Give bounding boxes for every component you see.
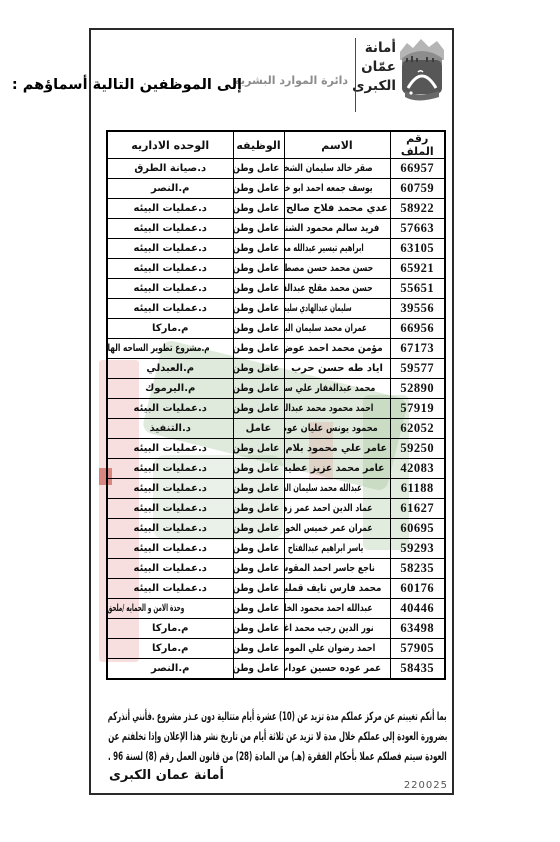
cell-job: عامل وطن bbox=[233, 439, 284, 459]
name-value: فريد سالم محمود الشنار bbox=[284, 223, 379, 234]
unit-value: م.ماركا bbox=[152, 643, 188, 654]
cell-job: عامل وطن bbox=[233, 559, 284, 579]
cell-file-no: 42083 bbox=[390, 459, 445, 479]
unit-value: د.عمليات البيئه bbox=[134, 223, 207, 234]
cell-name: مؤمن محمد احمد عوض bbox=[284, 339, 390, 359]
job-value: عامل وطن bbox=[233, 643, 279, 654]
header-divider-line bbox=[355, 38, 357, 112]
table-row: 62052 محمود يونس عليان عوض عامل د.التنفي… bbox=[107, 419, 445, 439]
cell-unit: د.عمليات البيئه bbox=[107, 499, 233, 519]
logo-word-3: الكبرى bbox=[352, 77, 396, 96]
file-no-value: 65921 bbox=[400, 261, 434, 276]
file-no-value: 58435 bbox=[400, 661, 434, 676]
cell-unit: د.عمليات البيئه bbox=[107, 479, 233, 499]
name-value: عمران عمر خميس الخوالده bbox=[284, 523, 373, 534]
cell-file-no: 58435 bbox=[390, 659, 445, 680]
gam-logo-icon bbox=[399, 35, 445, 103]
unit-value: د.عمليات البيئه bbox=[134, 203, 207, 214]
cell-file-no: 65921 bbox=[390, 259, 445, 279]
cell-unit: م.النصر bbox=[107, 659, 233, 680]
unit-value: م.النصر bbox=[151, 183, 189, 194]
table-row: 59293 ياسر ابراهيم عبدالفتاح ابوعزب عامل… bbox=[107, 539, 445, 559]
cell-file-no: 60759 bbox=[390, 179, 445, 199]
table-row: 63105 ابراهيم تيسير عبدالله مصطفى عامل و… bbox=[107, 239, 445, 259]
job-value: عامل وطن bbox=[233, 443, 279, 454]
cell-unit: م.ماركا bbox=[107, 639, 233, 659]
cell-job: عامل وطن bbox=[233, 499, 284, 519]
job-value: عامل وطن bbox=[233, 223, 279, 234]
table-row: 57663 فريد سالم محمود الشنار عامل وطن د.… bbox=[107, 219, 445, 239]
cell-name: يوسف جمعه احمد ابو خرمه bbox=[284, 179, 390, 199]
unit-value: م.مشروع تطوير الساحه الهاشميه bbox=[107, 343, 210, 354]
cell-name: ناجع جاسر احمد المقوسي bbox=[284, 559, 390, 579]
cell-file-no: 63105 bbox=[390, 239, 445, 259]
file-no-value: 60695 bbox=[400, 521, 434, 536]
table-row: 61627 عماد الدين احمد عمر زهري عامل وطن … bbox=[107, 499, 445, 519]
cell-name: عمر عوده حسين عودات bbox=[284, 659, 390, 680]
unit-value: د.عمليات البيئه bbox=[134, 483, 207, 494]
cell-job: عامل وطن bbox=[233, 359, 284, 379]
file-no-value: 63498 bbox=[400, 621, 434, 636]
cell-file-no: 60695 bbox=[390, 519, 445, 539]
cell-unit: د.عمليات البيئه bbox=[107, 299, 233, 319]
table-row: 60759 يوسف جمعه احمد ابو خرمه عامل وطن م… bbox=[107, 179, 445, 199]
name-value: مؤمن محمد احمد عوض bbox=[284, 343, 383, 354]
cell-job: عامل وطن bbox=[233, 279, 284, 299]
job-value: عامل وطن bbox=[233, 563, 279, 574]
cell-name: سليمان عبدالهادي سليمان ابوسمره bbox=[284, 299, 390, 319]
unit-value: د.عمليات البيئه bbox=[134, 583, 207, 594]
job-value: عامل وطن bbox=[233, 323, 279, 334]
job-value: عامل وطن bbox=[233, 663, 279, 674]
cell-unit: د.عمليات البيئه bbox=[107, 439, 233, 459]
unit-value: د.عمليات البيئه bbox=[134, 463, 207, 474]
name-value: عامر علي محمود بلام bbox=[285, 443, 387, 454]
file-no-value: 42083 bbox=[400, 461, 434, 476]
name-value: اياد طه حسن حرب bbox=[291, 363, 383, 374]
unit-value: د.عمليات البيئه bbox=[134, 283, 207, 294]
cell-file-no: 66956 bbox=[390, 319, 445, 339]
cell-unit: م.العبدلي bbox=[107, 359, 233, 379]
file-no-value: 61627 bbox=[400, 501, 434, 516]
cell-file-no: 61627 bbox=[390, 499, 445, 519]
name-value: عدي محمد فلاح صالح bbox=[286, 203, 388, 214]
file-no-value: 67173 bbox=[400, 341, 434, 356]
job-value: عامل وطن bbox=[233, 603, 279, 614]
notice-line-2: بضرورة العودة إلى عملكم خلال مدة لا تزيد… bbox=[105, 726, 447, 746]
cell-name: عماد الدين احمد عمر زهري bbox=[284, 499, 390, 519]
file-no-value: 60759 bbox=[400, 181, 434, 196]
name-value: ابراهيم تيسير عبدالله مصطفى bbox=[284, 243, 364, 254]
name-value: عبدالله احمد محمود الخلايله bbox=[284, 603, 372, 614]
cell-unit: م.اليرموك bbox=[107, 379, 233, 399]
cell-job: عامل وطن bbox=[233, 459, 284, 479]
file-no-value: 60176 bbox=[400, 581, 434, 596]
notice-line-3: العودة سيتم فصلكم عملا بأحكام الفقرة (هـ… bbox=[105, 746, 447, 766]
department-label: دائرة الموارد البشرية bbox=[234, 74, 348, 87]
cell-job: عامل وطن bbox=[233, 599, 284, 619]
doc-number: 220025 bbox=[404, 780, 448, 791]
cell-unit: د.عمليات البيئه bbox=[107, 259, 233, 279]
signature-text: أمانة عمان الكبرى bbox=[109, 768, 224, 783]
cell-file-no: 57919 bbox=[390, 399, 445, 419]
unit-value: م.النصر bbox=[151, 663, 189, 674]
job-value: عامل وطن bbox=[233, 503, 279, 514]
unit-value: د.عمليات البيئه bbox=[134, 263, 207, 274]
name-value: عمر عوده حسين عودات bbox=[284, 663, 381, 674]
cell-job: عامل وطن bbox=[233, 539, 284, 559]
unit-value: د.عمليات البيئه bbox=[134, 543, 207, 554]
unit-value: م.ماركا bbox=[152, 323, 188, 334]
cell-job: عامل وطن bbox=[233, 639, 284, 659]
cell-file-no: 52890 bbox=[390, 379, 445, 399]
cell-name: حسن محمد حسن مصطفى bbox=[284, 259, 390, 279]
file-no-value: 66956 bbox=[400, 321, 434, 336]
column-header-file-no: رقم الملف bbox=[390, 131, 445, 159]
column-header-job: الوظيفه bbox=[233, 131, 284, 159]
name-value: حسن محمد حسن مصطفى bbox=[284, 263, 373, 274]
table-row: 57905 احمد رضوان علي المومني عامل وطن م.… bbox=[107, 639, 445, 659]
cell-name: عدي محمد فلاح صالح bbox=[284, 199, 390, 219]
table-row: 59577 اياد طه حسن حرب عامل وطن م.العبدلي bbox=[107, 359, 445, 379]
cell-job: عامل وطن bbox=[233, 579, 284, 599]
scanned-document: { "header": { "logo": { "line1": "أمانة"… bbox=[0, 0, 560, 842]
notice-line-1: بما أنكم تغيبتم عن مركز عملكم مدة تزيد ع… bbox=[105, 706, 447, 726]
job-value: عامل وطن bbox=[233, 463, 279, 474]
name-value: عمران محمد سليمان البغدادي bbox=[284, 323, 367, 334]
table-row: 66956 عمران محمد سليمان البغدادي عامل وط… bbox=[107, 319, 445, 339]
cell-job: عامل وطن bbox=[233, 299, 284, 319]
cell-name: فريد سالم محمود الشنار bbox=[284, 219, 390, 239]
job-value: عامل وطن bbox=[233, 203, 279, 214]
unit-value: د.عمليات البيئه bbox=[134, 303, 207, 314]
cell-unit: م.ماركا bbox=[107, 319, 233, 339]
cell-file-no: 39556 bbox=[390, 299, 445, 319]
file-no-value: 39556 bbox=[400, 301, 434, 316]
unit-value: د.عمليات البيئه bbox=[134, 503, 207, 514]
cell-job: عامل وطن bbox=[233, 239, 284, 259]
cell-job: عامل وطن bbox=[233, 479, 284, 499]
name-value: عامر محمد عزيز عطيه bbox=[284, 463, 385, 474]
table-row: 58922 عدي محمد فلاح صالح عامل وطن د.عملي… bbox=[107, 199, 445, 219]
cell-job: عامل وطن bbox=[233, 159, 284, 179]
cell-unit: د.عمليات البيئه bbox=[107, 559, 233, 579]
file-no-value: 58922 bbox=[400, 201, 434, 216]
logo-word-2: عمّان bbox=[352, 58, 396, 77]
cell-unit: د.عمليات البيئه bbox=[107, 519, 233, 539]
column-header-unit: الوحده الاداريه bbox=[107, 131, 233, 159]
unit-value: د.عمليات البيئه bbox=[134, 563, 207, 574]
cell-unit: م.مشروع تطوير الساحه الهاشميه bbox=[107, 339, 233, 359]
table-row: 65921 حسن محمد حسن مصطفى عامل وطن د.عملي… bbox=[107, 259, 445, 279]
notice-line-3-text: العودة سيتم فصلكم عملا بأحكام الفقرة (هـ… bbox=[108, 746, 447, 766]
name-value: محمد فارس نايف قمليه bbox=[284, 583, 381, 594]
file-no-value: 62052 bbox=[400, 421, 434, 436]
name-value: نور الدين رجب محمد اغنيم bbox=[284, 623, 374, 634]
job-value: عامل وطن bbox=[233, 183, 279, 194]
job-value: عامل وطن bbox=[233, 623, 279, 634]
cell-file-no: 61188 bbox=[390, 479, 445, 499]
table-row: 58435 عمر عوده حسين عودات عامل وطن م.الن… bbox=[107, 659, 445, 680]
unit-value: د.عمليات البيئه bbox=[134, 243, 207, 254]
notice-line-2-text: بضرورة العودة إلى عملكم خلال مدة لا تزيد… bbox=[108, 726, 447, 746]
cell-unit: د.التنفيذ bbox=[107, 419, 233, 439]
cell-file-no: 59293 bbox=[390, 539, 445, 559]
cell-job: عامل وطن bbox=[233, 259, 284, 279]
job-value: عامل bbox=[246, 423, 272, 434]
cell-name: اياد طه حسن حرب bbox=[284, 359, 390, 379]
cell-job: عامل وطن bbox=[233, 399, 284, 419]
file-no-value: 57905 bbox=[400, 641, 434, 656]
cell-job: عامل وطن bbox=[233, 319, 284, 339]
unit-value: د.التنفيذ bbox=[150, 423, 191, 434]
logo-word-1: أمانة bbox=[352, 39, 396, 58]
name-value: محمود يونس عليان عوض bbox=[284, 423, 378, 434]
table-header-row: رقم الملف الاسم الوظيفه الوحده الاداريه bbox=[107, 131, 445, 159]
cell-file-no: 59250 bbox=[390, 439, 445, 459]
cell-file-no: 55651 bbox=[390, 279, 445, 299]
cell-file-no: 59577 bbox=[390, 359, 445, 379]
file-no-value: 55651 bbox=[400, 281, 434, 296]
table-row: 67173 مؤمن محمد احمد عوض عامل وطن م.مشرو… bbox=[107, 339, 445, 359]
table-row: 57919 احمد محمود محمد عبدالعال عامل وطن … bbox=[107, 399, 445, 419]
table-row: 42083 عامر محمد عزيز عطيه عامل وطن د.عمل… bbox=[107, 459, 445, 479]
table-row: 40446 عبدالله احمد محمود الخلايله عامل و… bbox=[107, 599, 445, 619]
unit-value: د.عمليات البيئه bbox=[134, 443, 207, 454]
table-row: 39556 سليمان عبدالهادي سليمان ابوسمره عا… bbox=[107, 299, 445, 319]
salutation-text: إلى الموظفين التالية أسماؤهم : bbox=[12, 77, 242, 93]
job-value: عامل وطن bbox=[233, 543, 279, 554]
file-no-value: 61188 bbox=[401, 481, 434, 496]
cell-name: صقر خالد سليمان الشخانبه bbox=[284, 159, 390, 179]
cell-name: نور الدين رجب محمد اغنيم bbox=[284, 619, 390, 639]
name-value: عماد الدين احمد عمر زهري bbox=[284, 503, 373, 514]
file-no-value: 57919 bbox=[400, 401, 434, 416]
table-row: 60695 عمران عمر خميس الخوالده عامل وطن د… bbox=[107, 519, 445, 539]
cell-name: عمران عمر خميس الخوالده bbox=[284, 519, 390, 539]
job-value: عامل وطن bbox=[233, 303, 279, 314]
document-page: أمانة عمّان الكبرى دائرة الموارد البشرية… bbox=[89, 28, 454, 795]
notice-paragraph: بما أنكم تغيبتم عن مركز عملكم مدة تزيد ع… bbox=[105, 706, 447, 766]
cell-unit: د.عمليات البيئه bbox=[107, 579, 233, 599]
unit-value: م.ماركا bbox=[152, 623, 188, 634]
notice-line-1-text: بما أنكم تغيبتم عن مركز عملكم مدة تزيد ع… bbox=[108, 706, 447, 726]
cell-unit: د.صيانة الطرق bbox=[107, 159, 233, 179]
unit-value: د.عمليات البيئه bbox=[134, 523, 207, 534]
table-row: 63498 نور الدين رجب محمد اغنيم عامل وطن … bbox=[107, 619, 445, 639]
cell-file-no: 58235 bbox=[390, 559, 445, 579]
cell-job: عامل bbox=[233, 419, 284, 439]
cell-unit: د.عمليات البيئه bbox=[107, 539, 233, 559]
job-value: عامل وطن bbox=[233, 523, 279, 534]
cell-file-no: 66957 bbox=[390, 159, 445, 179]
name-value: عبدالله محمد سليمان العصيفات bbox=[284, 483, 362, 494]
cell-name: محمود يونس عليان عوض bbox=[284, 419, 390, 439]
cell-job: عامل وطن bbox=[233, 199, 284, 219]
name-value: احمد رضوان علي المومني bbox=[284, 643, 375, 654]
cell-file-no: 63498 bbox=[390, 619, 445, 639]
file-no-value: 59577 bbox=[400, 361, 434, 376]
file-no-value: 63105 bbox=[400, 241, 434, 256]
cell-file-no: 62052 bbox=[390, 419, 445, 439]
file-no-value: 40446 bbox=[400, 601, 434, 616]
file-no-value: 59250 bbox=[400, 441, 434, 456]
table-row: 55651 حسن محمد مقلح عبدالقادر عامل وطن د… bbox=[107, 279, 445, 299]
cell-file-no: 60176 bbox=[390, 579, 445, 599]
table-row: 58235 ناجع جاسر احمد المقوسي عامل وطن د.… bbox=[107, 559, 445, 579]
cell-name: محمد فارس نايف قمليه bbox=[284, 579, 390, 599]
name-value: احمد محمود محمد عبدالعال bbox=[284, 403, 373, 414]
file-no-value: 57663 bbox=[400, 221, 434, 236]
cell-name: احمد رضوان علي المومني bbox=[284, 639, 390, 659]
cell-name: عبدالله احمد محمود الخلايله bbox=[284, 599, 390, 619]
cell-file-no: 57905 bbox=[390, 639, 445, 659]
cell-file-no: 57663 bbox=[390, 219, 445, 239]
name-value: يوسف جمعه احمد ابو خرمه bbox=[284, 183, 373, 194]
cell-unit: د.عمليات البيئه bbox=[107, 239, 233, 259]
gam-logo-wordmark: أمانة عمّان الكبرى bbox=[352, 39, 396, 96]
cell-name: عمران محمد سليمان البغدادي bbox=[284, 319, 390, 339]
cell-unit: د.عمليات البيئه bbox=[107, 399, 233, 419]
cell-name: عامر علي محمود بلام bbox=[284, 439, 390, 459]
job-value: عامل وطن bbox=[233, 583, 279, 594]
table-row: 61188 عبدالله محمد سليمان العصيفات عامل … bbox=[107, 479, 445, 499]
unit-value: د.صيانة الطرق bbox=[134, 163, 206, 174]
cell-file-no: 40446 bbox=[390, 599, 445, 619]
cell-name: عبدالله محمد سليمان العصيفات bbox=[284, 479, 390, 499]
cell-job: عامل وطن bbox=[233, 519, 284, 539]
table-row: 59250 عامر علي محمود بلام عامل وطن د.عمل… bbox=[107, 439, 445, 459]
job-value: عامل وطن bbox=[233, 343, 279, 354]
name-value: ناجع جاسر احمد المقوسي bbox=[284, 563, 375, 574]
job-value: عامل وطن bbox=[233, 483, 279, 494]
cell-job: عامل وطن bbox=[233, 339, 284, 359]
table-row: 52890 محمد عبدالغفار علي سلام عامل وطن م… bbox=[107, 379, 445, 399]
name-value: صقر خالد سليمان الشخانبه bbox=[284, 163, 373, 174]
cell-unit: د.عمليات البيئه bbox=[107, 279, 233, 299]
cell-unit: وحدة الامن و الحمايه /ملحق ل عمليات البي… bbox=[107, 599, 233, 619]
column-header-name: الاسم bbox=[284, 131, 390, 159]
unit-value: م.اليرموك bbox=[145, 383, 195, 394]
cell-name: احمد محمود محمد عبدالعال bbox=[284, 399, 390, 419]
cell-job: عامل وطن bbox=[233, 659, 284, 680]
cell-unit: د.عمليات البيئه bbox=[107, 219, 233, 239]
file-no-value: 58235 bbox=[400, 561, 434, 576]
cell-job: عامل وطن bbox=[233, 179, 284, 199]
cell-job: عامل وطن bbox=[233, 619, 284, 639]
file-no-value: 59293 bbox=[400, 541, 434, 556]
cell-name: عامر محمد عزيز عطيه bbox=[284, 459, 390, 479]
table-row: 66957 صقر خالد سليمان الشخانبه عامل وطن … bbox=[107, 159, 445, 179]
cell-file-no: 58922 bbox=[390, 199, 445, 219]
name-value: سليمان عبدالهادي سليمان ابوسمره bbox=[284, 303, 352, 314]
name-value: ياسر ابراهيم عبدالفتاح ابوعزب bbox=[284, 543, 363, 554]
job-value: عامل وطن bbox=[233, 363, 279, 374]
name-value: حسن محمد مقلح عبدالقادر bbox=[284, 283, 373, 294]
cell-name: حسن محمد مقلح عبدالقادر bbox=[284, 279, 390, 299]
cell-name: ابراهيم تيسير عبدالله مصطفى bbox=[284, 239, 390, 259]
cell-name: ياسر ابراهيم عبدالفتاح ابوعزب bbox=[284, 539, 390, 559]
job-value: عامل وطن bbox=[233, 383, 279, 394]
cell-unit: م.ماركا bbox=[107, 619, 233, 639]
file-no-value: 66957 bbox=[400, 161, 434, 176]
table-row: 60176 محمد فارس نايف قمليه عامل وطن د.عم… bbox=[107, 579, 445, 599]
job-value: عامل وطن bbox=[233, 403, 279, 414]
cell-file-no: 67173 bbox=[390, 339, 445, 359]
cell-unit: د.عمليات البيئه bbox=[107, 199, 233, 219]
cell-job: عامل وطن bbox=[233, 379, 284, 399]
employees-table: رقم الملف الاسم الوظيفه الوحده الاداريه … bbox=[106, 130, 446, 680]
cell-name: محمد عبدالغفار علي سلام bbox=[284, 379, 390, 399]
unit-value: وحدة الامن و الحمايه /ملحق ل عمليات البي… bbox=[107, 603, 184, 614]
cell-unit: د.عمليات البيئه bbox=[107, 459, 233, 479]
job-value: عامل وطن bbox=[233, 283, 279, 294]
job-value: عامل وطن bbox=[233, 243, 279, 254]
cell-job: عامل وطن bbox=[233, 219, 284, 239]
cell-unit: م.النصر bbox=[107, 179, 233, 199]
unit-value: د.عمليات البيئه bbox=[134, 403, 207, 414]
job-value: عامل وطن bbox=[233, 163, 279, 174]
name-value: محمد عبدالغفار علي سلام bbox=[284, 383, 375, 394]
job-value: عامل وطن bbox=[233, 263, 279, 274]
unit-value: م.العبدلي bbox=[146, 363, 194, 374]
file-no-value: 52890 bbox=[400, 381, 434, 396]
